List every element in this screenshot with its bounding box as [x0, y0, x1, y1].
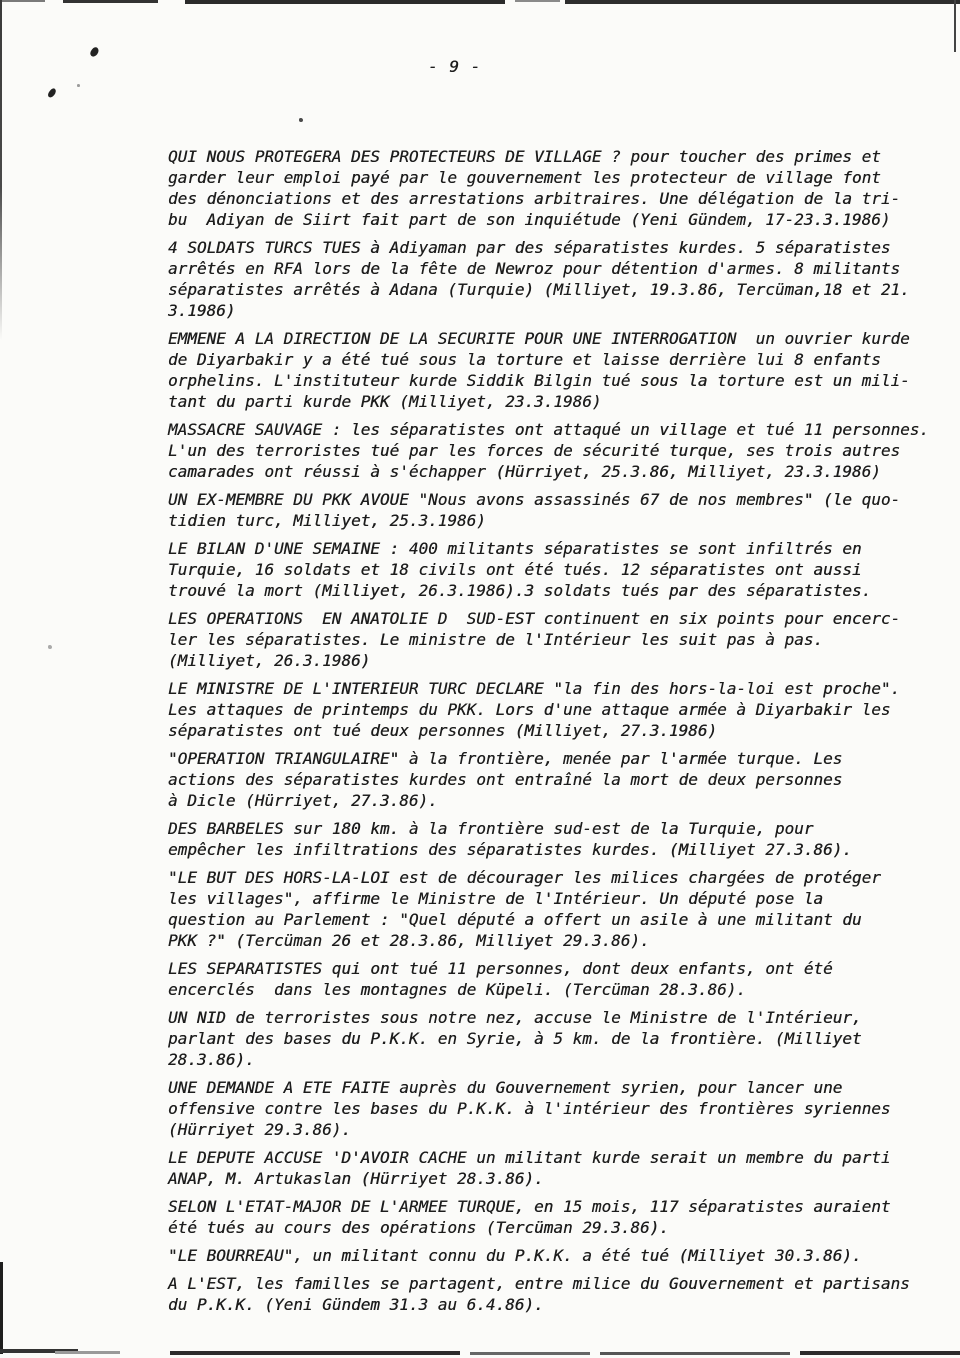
scanned-document-page: - 9 - QUI NOUS PROTEGERA DES PROTECTEURS… — [0, 0, 960, 1358]
ink-speck — [48, 645, 52, 649]
paragraph: MASSACRE SAUVAGE : les séparatistes ont … — [168, 419, 960, 482]
ink-speck — [77, 84, 80, 87]
paragraph: A L'EST, les familles se partagent, entr… — [168, 1273, 960, 1315]
scan-edge-right — [954, 0, 956, 52]
paragraph: QUI NOUS PROTEGERA DES PROTECTEURS DE VI… — [168, 146, 960, 230]
scan-edge-bottom — [55, 1351, 120, 1354]
paragraph: EMMENE A LA DIRECTION DE LA SECURITE POU… — [168, 328, 960, 412]
document-body: QUI NOUS PROTEGERA DES PROTECTEURS DE VI… — [168, 146, 960, 1322]
paragraph: LE MINISTRE DE L'INTERIEUR TURC DECLARE … — [168, 678, 960, 741]
ink-speck — [299, 118, 303, 122]
paragraph: "LE BUT DES HORS-LA-LOI est de décourage… — [168, 867, 960, 951]
scan-edge-top — [515, 0, 560, 2]
scan-edge-top — [63, 0, 158, 3]
paragraph: LE BILAN D'UNE SEMAINE : 400 militants s… — [168, 538, 960, 601]
paragraph: LE DEPUTE ACCUSE 'D'AVOIR CACHE un milit… — [168, 1147, 960, 1189]
paragraph: UN NID de terroristes sous notre nez, ac… — [168, 1007, 960, 1070]
paragraph: UN EX-MEMBRE DU PKK AVOUE "Nous avons as… — [168, 489, 960, 531]
scan-edge-bottom — [800, 1351, 960, 1355]
scan-edge-left — [0, 0, 2, 340]
scan-edge-bottom — [470, 1352, 590, 1355]
paragraph: 4 SOLDATS TURCS TUES à Adiyaman par des … — [168, 237, 960, 321]
paragraph: UNE DEMANDE A ETE FAITE auprès du Gouver… — [168, 1077, 960, 1140]
scan-edge-top — [0, 0, 45, 2]
paragraph: LES SEPARATISTES qui ont tué 11 personne… — [168, 958, 960, 1000]
scan-edge-left — [0, 1262, 3, 1354]
paragraph: SELON L'ETAT-MAJOR DE L'ARMEE TURQUE, en… — [168, 1196, 960, 1238]
scan-edge-bottom — [170, 1351, 460, 1355]
paragraph: LES OPERATIONS EN ANATOLIE D SUD-EST con… — [168, 608, 960, 671]
scan-edge-top — [565, 0, 960, 4]
page-number: - 9 - — [428, 57, 481, 76]
scan-edge-top — [185, 0, 505, 4]
paragraph: "LE BOURREAU", un militant connu du P.K.… — [168, 1245, 960, 1266]
ink-speck — [89, 46, 101, 58]
ink-speck — [47, 87, 58, 99]
paragraph: "OPERATION TRIANGULAIRE" à la frontière,… — [168, 748, 960, 811]
paragraph: DES BARBELES sur 180 km. à la frontière … — [168, 818, 960, 860]
scan-edge-bottom — [600, 1352, 790, 1355]
